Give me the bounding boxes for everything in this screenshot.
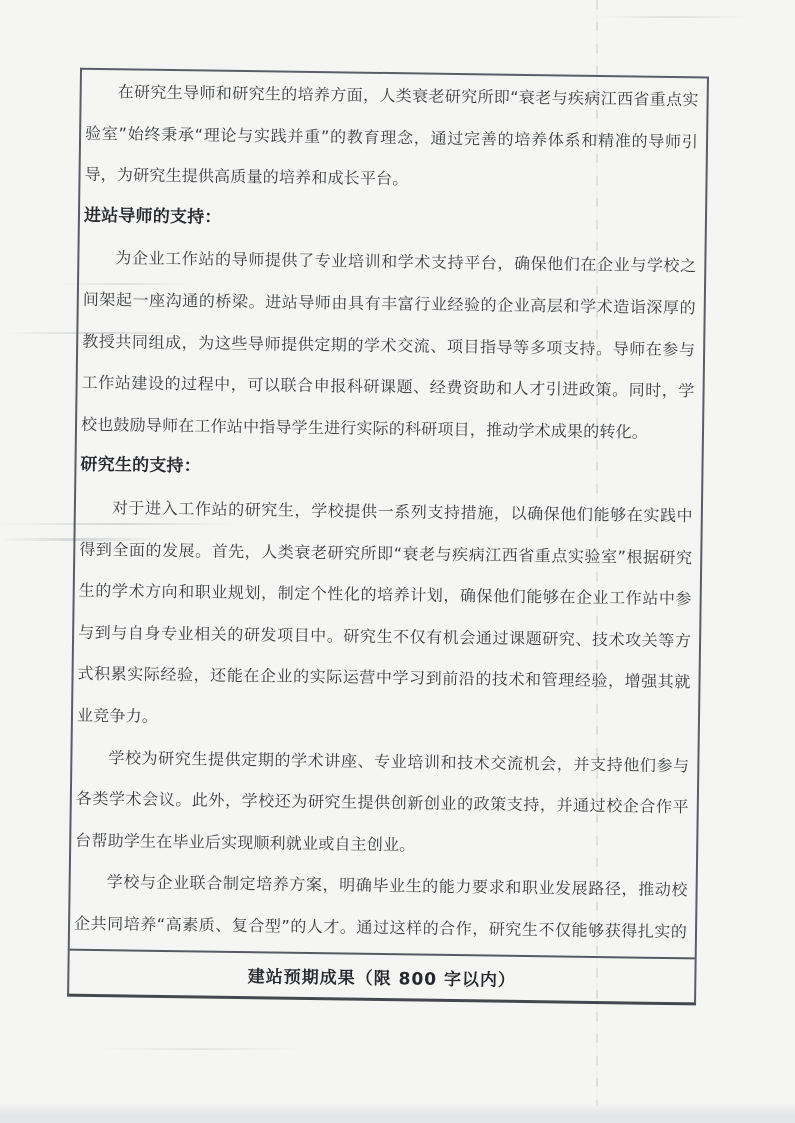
expected-outcomes-header-cell: 建站预期成果（限 800 字以内） — [69, 949, 695, 1003]
paragraph: 对于进入工作站的研究生，学校提供一系列支持措施，以确保他们能够在实践中得到全面的… — [77, 487, 693, 745]
paragraph: 学校为研究生提供定期的学术讲座、专业培训和技术交流机会，并支持他们参与各类学术会… — [75, 736, 690, 869]
paragraph: 为企业工作站的导师提供了专业培训和学术支持平台，确保他们在企业与学校之间架起一座… — [81, 237, 697, 454]
paragraph: 学校与企业联合制定培养方案，明确毕业生的能力要求和职业发展路径，推动校企共同培养… — [73, 861, 688, 957]
training-support-content-cell: 在研究生导师和研究生的培养方面，人类衰老研究所即“衰老与疾病江西省重点实验室”始… — [70, 70, 707, 958]
paragraph: 在研究生导师和研究生的培养方面，人类衰老研究所即“衰老与疾病江西省重点实验室”始… — [84, 71, 699, 204]
scan-streak — [90, 1048, 310, 1050]
application-form-table: 在研究生导师和研究生的培养方面，人类衰老研究所即“衰老与疾病江西省重点实验室”始… — [67, 68, 709, 1006]
expected-outcomes-title: 建站预期成果（限 800 字以内） — [248, 962, 517, 991]
scan-streak — [598, 16, 748, 18]
scan-bottom-edge-shadow — [0, 1106, 795, 1123]
scanned-page: 在研究生导师和研究生的培养方面，人类衰老研究所即“衰老与疾病江西省重点实验室”始… — [0, 0, 795, 1123]
